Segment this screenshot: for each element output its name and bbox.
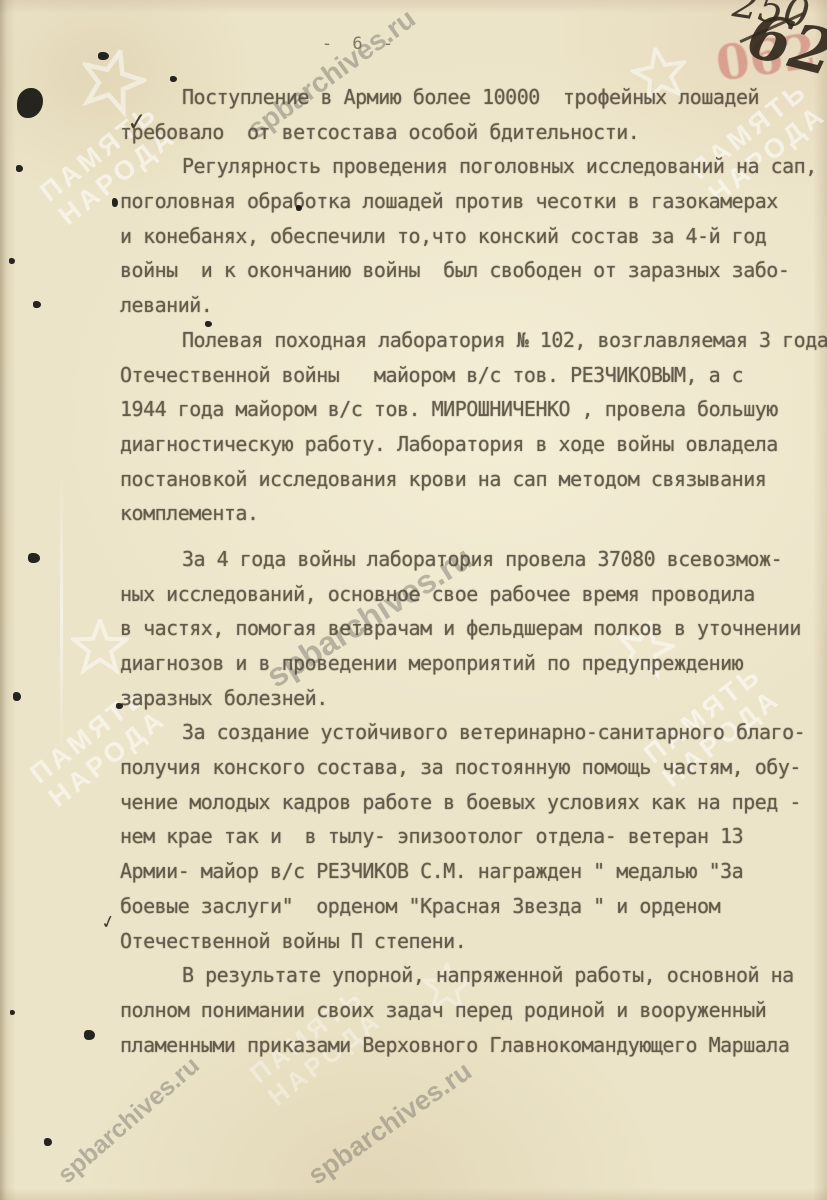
typed-line: боевые заслуги" орденом "Красная Звезда … bbox=[120, 889, 815, 924]
typed-line: Отечественной войны майором в/с тов. РЕЗ… bbox=[120, 358, 815, 393]
typed-line: диагнозов и в проведении мероприятий по … bbox=[120, 646, 815, 681]
paper-crease bbox=[60, 470, 63, 760]
typed-line: ных исследований, основное свое рабочее … bbox=[120, 577, 815, 612]
typed-line: Поступление в Армию более 10000 трофейны… bbox=[120, 80, 815, 115]
typed-line: Регулярность проведения поголовных иссле… bbox=[120, 149, 815, 184]
archive-watermark: spbarchives.ru bbox=[52, 1051, 205, 1190]
page-number: - 6 - bbox=[300, 34, 420, 54]
typed-line: войны и к окончанию войны был свободен о… bbox=[120, 253, 815, 288]
checkmark-icon: ✓ bbox=[99, 910, 119, 934]
typed-text-block: Поступление в Армию более 10000 трофейны… bbox=[120, 80, 815, 1062]
typed-line: Армии- майор в/с РЕЗЧИКОВ С.М. награжден… bbox=[120, 854, 815, 889]
typed-line: и конебанях, обеспечили то,что конский с… bbox=[120, 219, 815, 254]
typed-line: требовало от ветсостава особой бдительно… bbox=[120, 115, 815, 150]
typed-line: За 4 года войны лаборатория провела 3708… bbox=[120, 542, 815, 577]
typed-line: комплемента. bbox=[120, 496, 815, 531]
typed-line: заразных болезней. bbox=[120, 681, 815, 716]
typed-line: леваний. bbox=[120, 288, 815, 323]
typed-line: поголовная обработка лошадей против чесо… bbox=[120, 184, 815, 219]
typed-line: За создание устойчивого ветеринарно-сани… bbox=[120, 715, 815, 750]
typed-line: чение молодых кадров работе в боевых усл… bbox=[120, 785, 815, 820]
typed-line: постановкой исследования крови на сап ме… bbox=[120, 462, 815, 497]
document-scan: ПАМЯТЬ НАРОДА ПАМЯТЬ НАРОДА ПАМЯТЬ НАРОД… bbox=[0, 0, 827, 1200]
typed-line: полном понимании своих задач перед родин… bbox=[120, 993, 815, 1028]
typed-line: Отечественной войны П степени. bbox=[120, 924, 815, 959]
typed-line: в частях, помогая ветврачам и фельдшерам… bbox=[120, 611, 815, 646]
typed-line: В результате упорной, напряженной работы… bbox=[120, 958, 815, 993]
typed-line: диагностическую работу. Лаборатория в хо… bbox=[120, 427, 815, 462]
typed-line: получия конского состава, за постоянную … bbox=[120, 750, 815, 785]
typed-line: пламенными приказами Верховного Главноко… bbox=[120, 1028, 815, 1063]
archive-watermark: spbarchives.ru bbox=[302, 1056, 477, 1192]
typed-line: нем крае так и в тылу- эпизоотолог отдел… bbox=[120, 819, 815, 854]
typed-line: Полевая походная лаборатория № 102, возг… bbox=[120, 323, 815, 358]
typed-line: 1944 года майором в/с тов. МИРОШНИЧЕНКО … bbox=[120, 392, 815, 427]
